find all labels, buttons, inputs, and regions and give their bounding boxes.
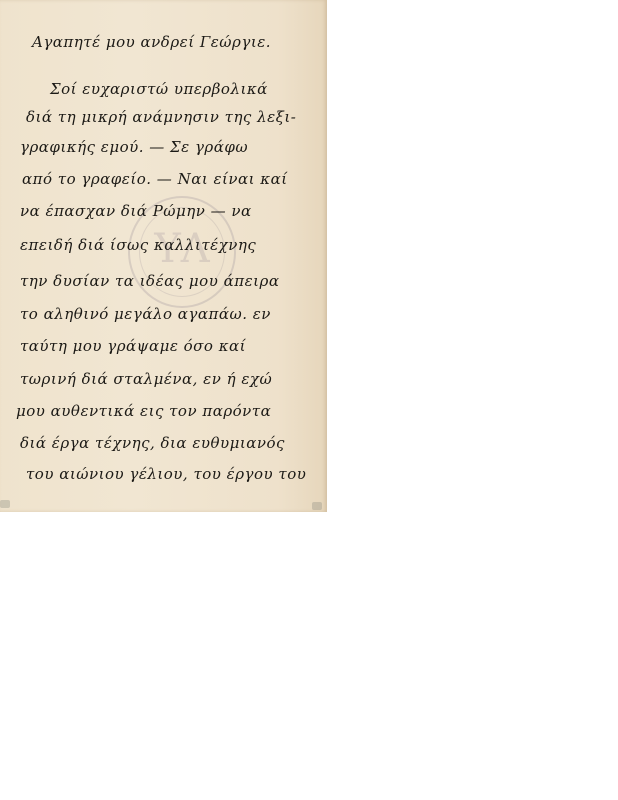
letter-line: την δυσίαν τα ιδέας μου άπειρα	[20, 272, 279, 290]
letter-line: διά έργα τέχνης, δια ευθυμιανός	[20, 434, 285, 452]
letter-line: Σοί ευχαριστώ υπερβολικά	[50, 80, 268, 98]
letter-line: το αληθινό μεγάλο αγαπάω. εν	[20, 305, 271, 323]
letter-line: του αιώνιου γέλιου, του έργου του	[26, 465, 306, 483]
letter-line: επειδή διά ίσως καλλιτέχνης	[20, 236, 256, 254]
letter-line: ταύτη μου γράψαμε όσο καί	[20, 337, 246, 355]
letter-line: από το γραφείο. — Ναι είναι καί	[22, 170, 288, 188]
letter-line: διά τη μικρή ανάμνησιν της λεξι-	[26, 108, 296, 126]
letter-line: τωρινή διά σταλμένα, εν ή εχώ	[20, 370, 272, 388]
letter-line: να έπασχαν διά Ρώμην — να	[20, 202, 252, 220]
scan-edge-mark	[312, 502, 322, 510]
letter-page: ΥΛ Αγαπητέ μου ανδρεί Γεώργιε. Σοί ευχαρ…	[0, 0, 327, 512]
letter-line: γραφικής εμού. — Σε γράφω	[20, 138, 248, 156]
salutation-line: Αγαπητέ μου ανδρεί Γεώργιε.	[32, 33, 271, 51]
scan-edge-mark	[0, 500, 10, 508]
letter-line: μου αυθεντικά εις τον παρόντα	[16, 402, 271, 420]
